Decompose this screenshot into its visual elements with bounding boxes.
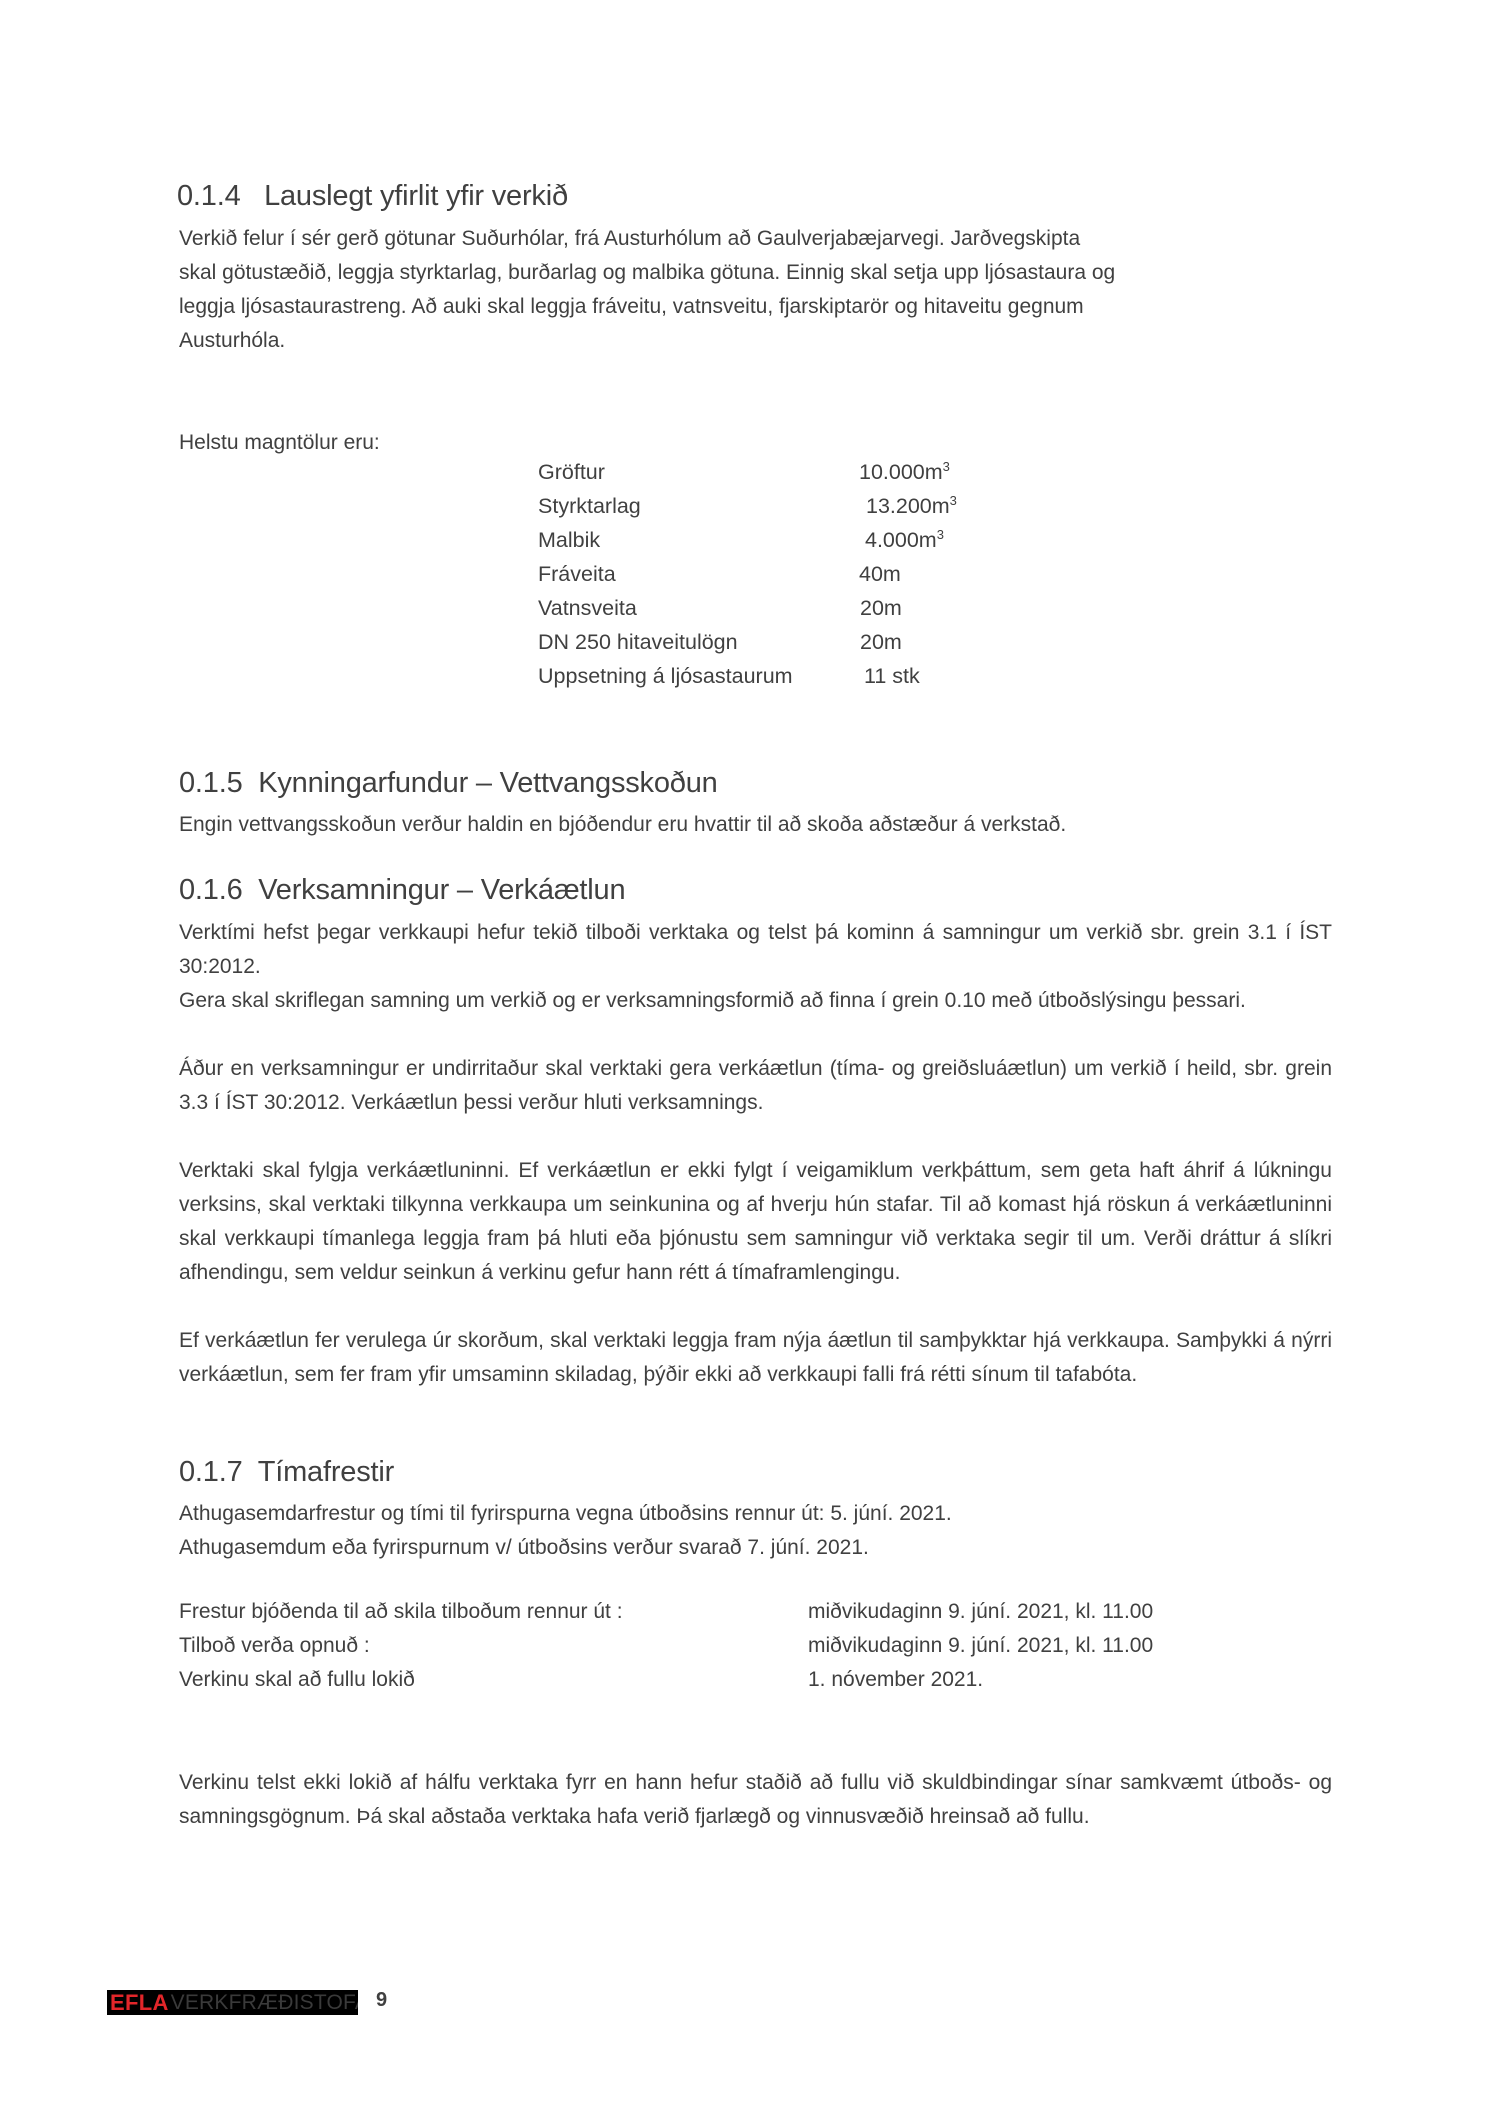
deadline-row: Frestur bjóðenda til að skila tilboðum r… [179,1600,1379,1634]
deadline-label: Verkinu skal að fullu lokið [179,1668,415,1692]
quantity-label: Uppsetning á ljósastaurum [538,664,793,689]
section-number: 0.1.7 [179,1456,243,1488]
section-paragraph: Áður en verksamningur er undirritaður sk… [179,1052,1332,1120]
section-heading-0-1-6: 0.1.6 Verksamningur – Verkáætlun [179,874,625,907]
section-paragraph: Verkið felur í sér gerð götunar Suðurhól… [179,222,1332,358]
page-number: 9 [376,1989,387,2012]
section-number: 0.1.6 [179,874,243,906]
section-title: Tímafrestir [258,1456,394,1488]
deadline-value: miðvikudaginn 9. júní. 2021, kl. 11.00 [808,1634,1153,1658]
deadline-row: Verkinu skal að fullu lokið 1. nóvember … [179,1668,1379,1702]
section-paragraph: Ef verkáætlun fer verulega úr skorðum, s… [179,1324,1332,1392]
quantity-label: Malbik [538,528,600,553]
logo-brand: EFLA [110,1990,169,2015]
logo-subtitle: VERKFRÆÐISTOFA [171,1990,358,2015]
quantities-intro: Helstu magntölur eru: [179,426,380,460]
section-number: 0.1.4 [177,180,241,212]
deadline-label: Frestur bjóðenda til að skila tilboðum r… [179,1600,623,1624]
quantity-label: Gröftur [538,460,605,485]
section-paragraph: Verktaki skal fylgja verkáætluninni. Ef … [179,1154,1332,1290]
section-heading-0-1-5: 0.1.5 Kynningarfundur – Vettvangsskoðun [179,767,718,800]
paragraph-line: Verkið felur í sér gerð götunar Suðurhól… [179,222,1332,256]
section-title: Verksamningur – Verkáætlun [258,874,625,906]
paragraph-line: skal götustæðið, leggja styrktarlag, bur… [179,256,1332,290]
section-paragraph: Engin vettvangsskoðun verður haldin en b… [179,808,1332,842]
closing-paragraph: Verkinu telst ekki lokið af hálfu verkta… [179,1766,1332,1834]
quantity-value: 11 stk [864,664,920,689]
deadline-value: 1. nóvember 2021. [808,1668,983,1692]
quantity-value: 4.000m3 [865,528,944,553]
deadline-label: Tilboð verða opnuð : [179,1634,370,1658]
section-title: Kynningarfundur – Vettvangsskoðun [258,767,717,799]
quantity-label: Styrktarlag [538,494,641,519]
section-heading-0-1-7: 0.1.7 Tímafrestir [179,1456,394,1489]
deadline-value: miðvikudaginn 9. júní. 2021, kl. 11.00 [808,1600,1153,1624]
section-paragraph: Gera skal skriflegan samning um verkið o… [179,984,1332,1018]
deadline-row: Tilboð verða opnuð : miðvikudaginn 9. jú… [179,1634,1379,1668]
company-logo: EFLA VERKFRÆÐISTOFA [107,1990,358,2015]
quantity-label: DN 250 hitaveitulögn [538,630,738,655]
paragraph-line: leggja ljósastaurastreng. Að auki skal l… [179,290,1332,324]
section-number: 0.1.5 [179,767,243,799]
quantity-label: Fráveita [538,562,616,587]
paragraph-line: Austurhóla. [179,324,1332,358]
quantities-table: Gröftur 10.000m3 Styrktarlag 13.200m3 Ma… [538,460,1038,705]
quantity-value: 20m [860,596,902,621]
section-paragraph: Athugasemdarfrestur og tími til fyrirspu… [179,1497,1332,1565]
quantity-label: Vatnsveita [538,596,637,621]
paragraph-line: Athugasemdarfrestur og tími til fyrirspu… [179,1497,1332,1531]
quantity-value: 40m [859,562,901,587]
section-heading-0-1-4: 0.1.4 Lauslegt yfirlit yfir verkið [177,180,568,213]
section-paragraph: Verktími hefst þegar verkkaupi hefur tek… [179,916,1332,984]
paragraph-line: Engin vettvangsskoðun verður haldin en b… [179,808,1332,842]
quantity-value: 10.000m3 [859,460,950,485]
deadlines-table: Frestur bjóðenda til að skila tilboðum r… [0,1600,1500,1710]
paragraph-line: Athugasemdum eða fyrirspurnum v/ útboðsi… [179,1531,1332,1565]
quantity-value: 20m [860,630,902,655]
section-title: Lauslegt yfirlit yfir verkið [264,180,568,212]
quantity-value: 13.200m3 [866,494,957,519]
